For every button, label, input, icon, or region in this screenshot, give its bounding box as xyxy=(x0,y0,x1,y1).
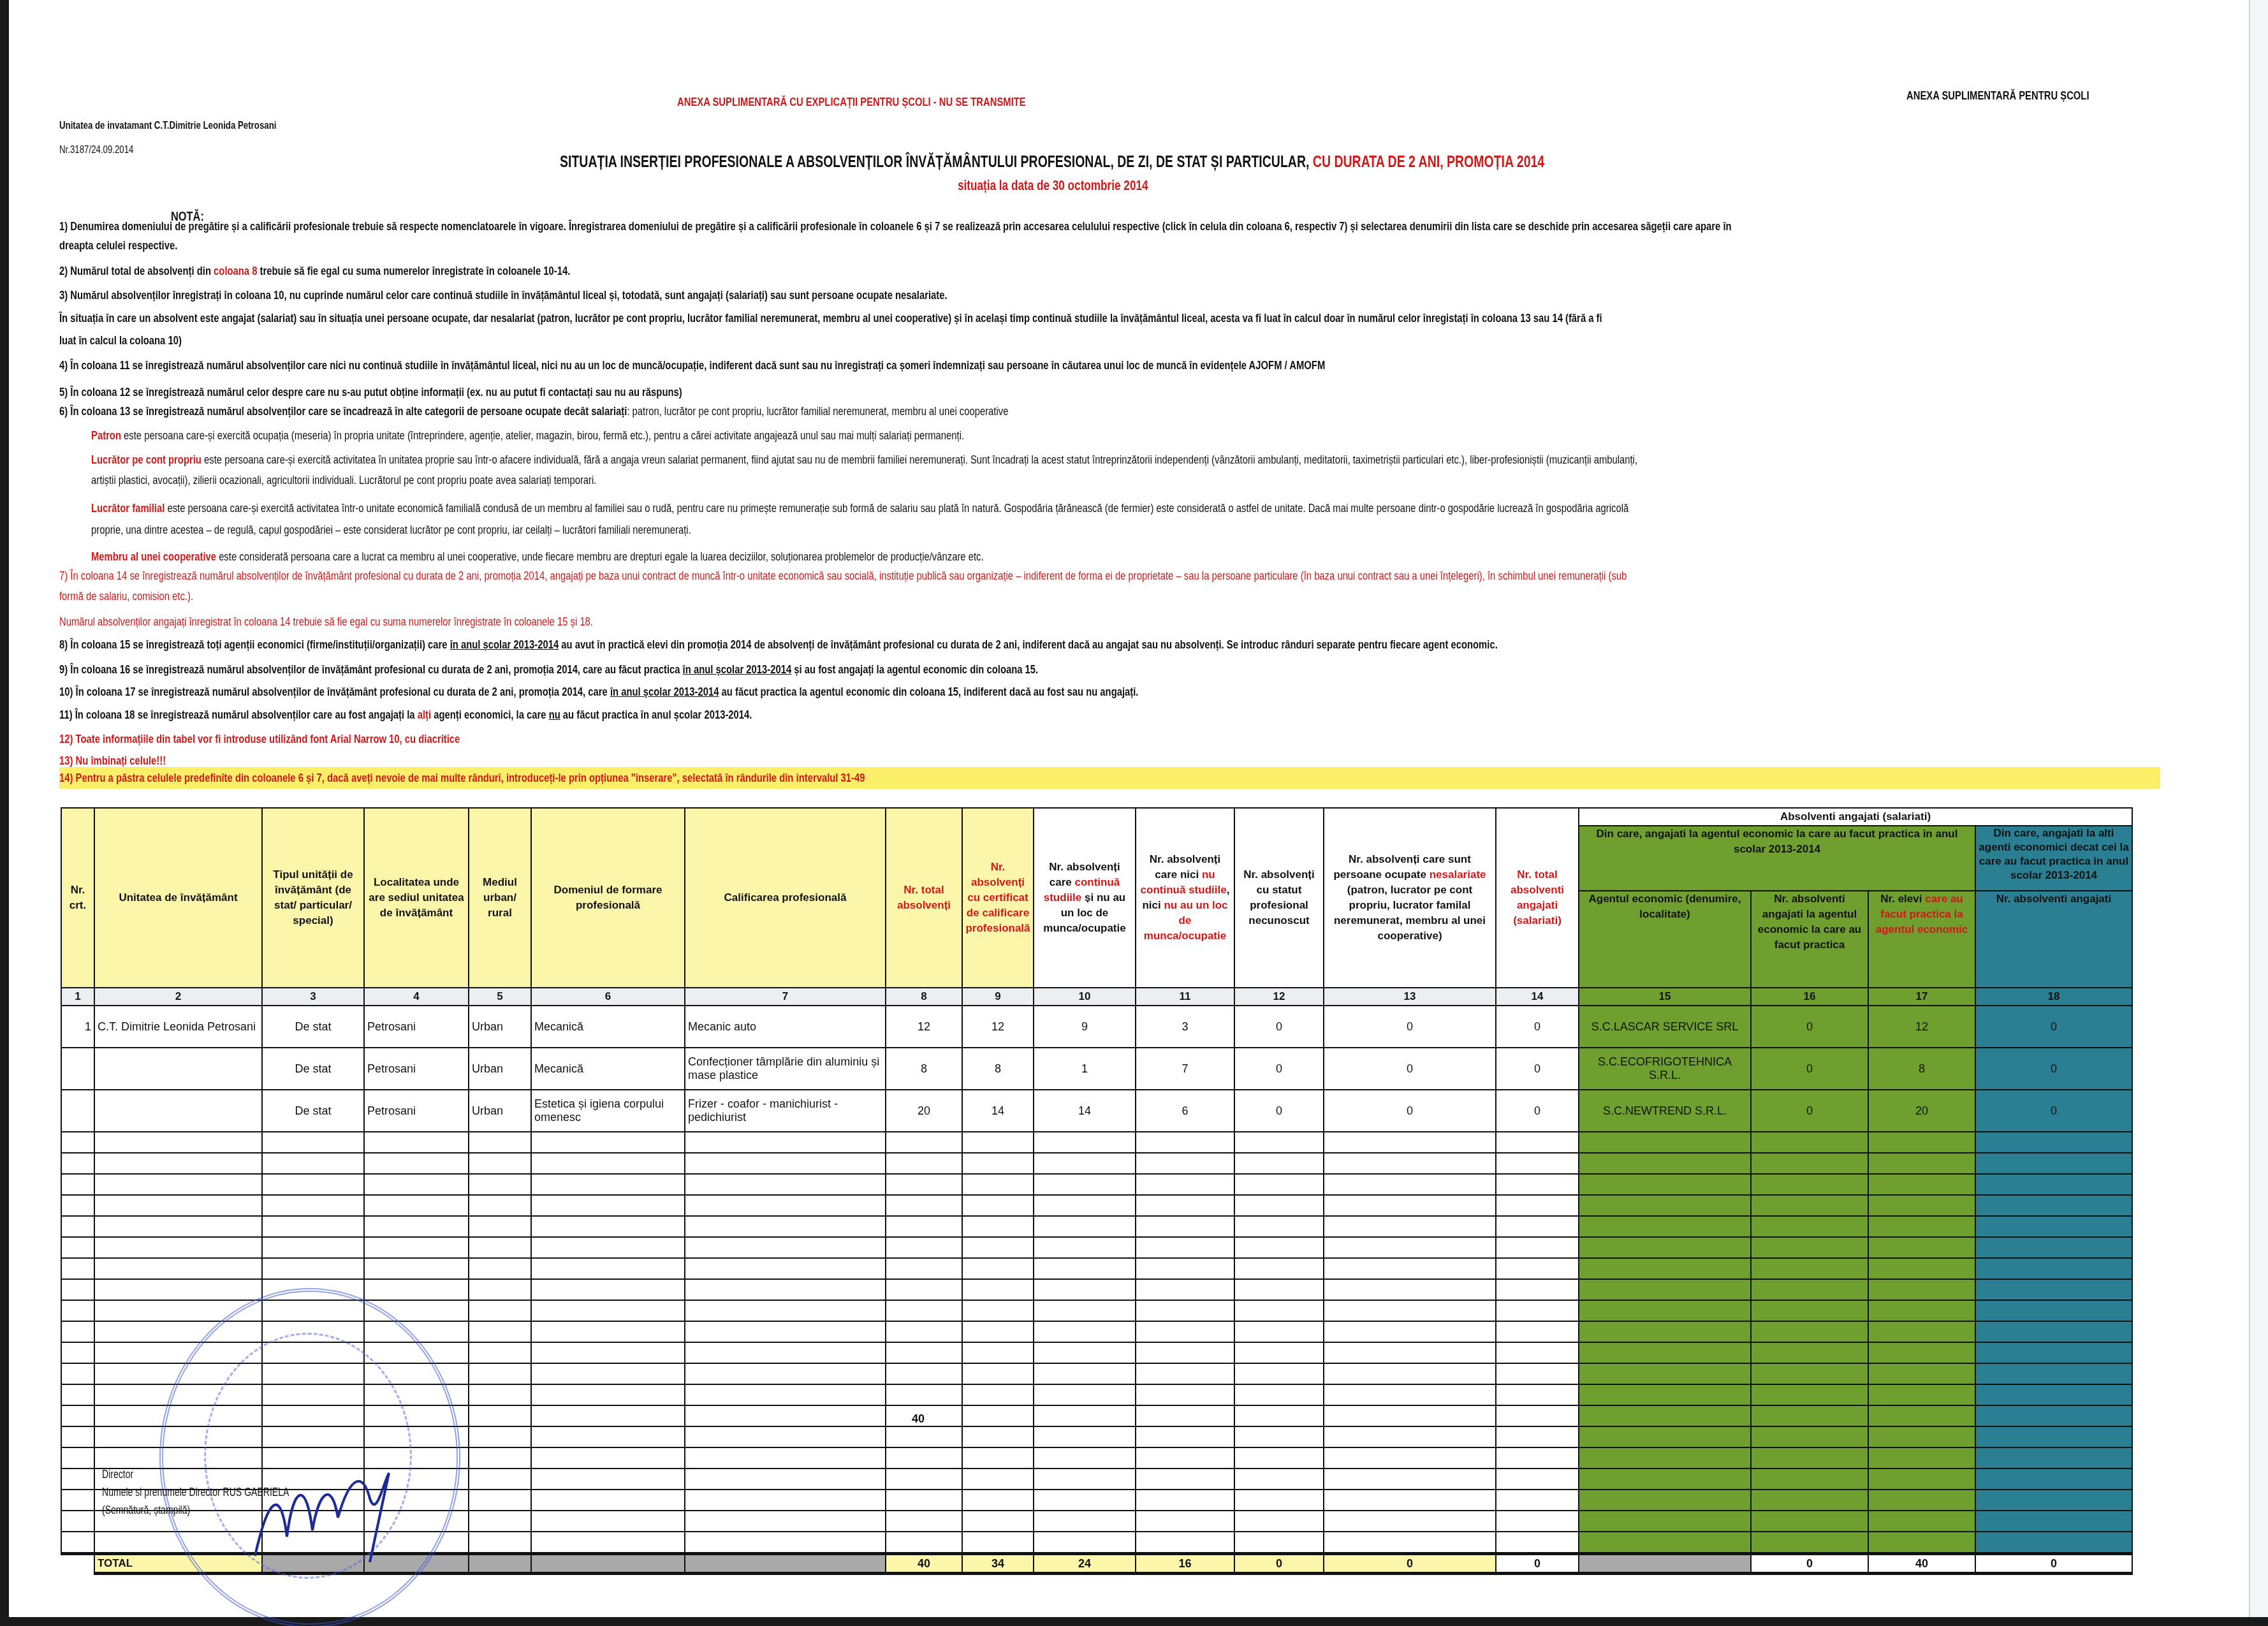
empty-cell[interactable] xyxy=(1975,1490,2132,1511)
empty-cell[interactable] xyxy=(1034,1153,1136,1174)
cell-env[interactable]: Urban xyxy=(469,1090,531,1132)
empty-cell[interactable] xyxy=(1751,1174,1868,1195)
empty-cell[interactable] xyxy=(1034,1300,1136,1321)
empty-cell[interactable] xyxy=(1234,1216,1324,1237)
empty-cell[interactable] xyxy=(1751,1511,1868,1532)
empty-cell[interactable] xyxy=(1868,1469,1975,1490)
cell-nr[interactable] xyxy=(61,1048,94,1090)
empty-cell[interactable] xyxy=(61,1426,94,1447)
empty-cell[interactable] xyxy=(1034,1405,1136,1426)
empty-cell[interactable] xyxy=(1579,1195,1751,1216)
empty-cell[interactable] xyxy=(1324,1132,1496,1153)
empty-cell[interactable] xyxy=(61,1258,94,1279)
empty-cell[interactable] xyxy=(94,1195,262,1216)
cell-c18[interactable]: 0 xyxy=(1975,1006,2132,1048)
empty-cell[interactable] xyxy=(94,1258,262,1279)
empty-cell[interactable] xyxy=(685,1363,886,1384)
empty-cell[interactable] xyxy=(1751,1216,1868,1237)
empty-cell[interactable] xyxy=(962,1174,1034,1195)
empty-cell[interactable] xyxy=(685,1342,886,1363)
empty-cell[interactable] xyxy=(469,1342,531,1363)
empty-cell[interactable] xyxy=(262,1132,364,1153)
empty-cell[interactable] xyxy=(1136,1132,1234,1153)
cell-locality[interactable]: Petrosani xyxy=(364,1090,469,1132)
empty-cell[interactable] xyxy=(1868,1342,1975,1363)
empty-cell[interactable] xyxy=(886,1447,962,1469)
empty-cell[interactable] xyxy=(1751,1469,1868,1490)
empty-cell[interactable] xyxy=(94,1174,262,1195)
empty-cell[interactable] xyxy=(469,1490,531,1511)
empty-cell[interactable] xyxy=(61,1132,94,1153)
empty-cell[interactable] xyxy=(1751,1195,1868,1216)
empty-cell[interactable] xyxy=(1579,1384,1751,1405)
cell-c11[interactable]: 7 xyxy=(1136,1048,1234,1090)
empty-cell[interactable] xyxy=(469,1132,531,1153)
empty-cell[interactable] xyxy=(531,1132,685,1153)
empty-cell[interactable] xyxy=(1579,1469,1751,1490)
empty-cell[interactable] xyxy=(1579,1490,1751,1511)
empty-cell[interactable] xyxy=(1324,1426,1496,1447)
cell-c9[interactable]: 8 xyxy=(962,1048,1034,1090)
empty-cell[interactable] xyxy=(61,1532,94,1554)
empty-cell[interactable] xyxy=(531,1300,685,1321)
cell-c17[interactable]: 8 xyxy=(1868,1048,1975,1090)
empty-cell[interactable] xyxy=(469,1174,531,1195)
empty-cell[interactable] xyxy=(1234,1300,1324,1321)
empty-cell[interactable] xyxy=(61,1405,94,1426)
empty-cell[interactable] xyxy=(1496,1426,1579,1447)
empty-cell[interactable] xyxy=(531,1321,685,1342)
empty-cell[interactable] xyxy=(1975,1511,2132,1532)
cell-c17[interactable]: 20 xyxy=(1868,1090,1975,1132)
cell-qualification[interactable]: Frizer - coafor - manichiurist - pedichi… xyxy=(685,1090,886,1132)
empty-cell[interactable] xyxy=(886,1490,962,1511)
cell-env[interactable]: Urban xyxy=(469,1048,531,1090)
empty-cell[interactable] xyxy=(1234,1279,1324,1300)
empty-cell[interactable] xyxy=(962,1447,1034,1469)
empty-cell[interactable] xyxy=(962,1532,1034,1554)
cell-c14[interactable]: 0 xyxy=(1496,1048,1579,1090)
empty-cell[interactable] xyxy=(1579,1258,1751,1279)
empty-cell[interactable] xyxy=(962,1469,1034,1490)
cell-c17[interactable]: 12 xyxy=(1868,1006,1975,1048)
empty-cell[interactable] xyxy=(262,1195,364,1216)
empty-cell[interactable] xyxy=(1234,1195,1324,1216)
empty-cell[interactable] xyxy=(1324,1490,1496,1511)
empty-cell[interactable] xyxy=(962,1258,1034,1279)
empty-cell[interactable] xyxy=(1868,1300,1975,1321)
empty-cell[interactable] xyxy=(685,1511,886,1532)
empty-cell[interactable] xyxy=(1579,1532,1751,1554)
empty-cell[interactable] xyxy=(262,1258,364,1279)
empty-cell[interactable] xyxy=(1234,1469,1324,1490)
empty-cell[interactable] xyxy=(1751,1132,1868,1153)
cell-unit[interactable] xyxy=(94,1090,262,1132)
empty-cell[interactable] xyxy=(685,1384,886,1405)
empty-cell[interactable] xyxy=(1136,1174,1234,1195)
empty-cell[interactable] xyxy=(1579,1342,1751,1363)
empty-cell[interactable] xyxy=(886,1258,962,1279)
empty-cell[interactable] xyxy=(531,1405,685,1426)
empty-cell[interactable] xyxy=(1496,1153,1579,1174)
empty-cell[interactable] xyxy=(685,1405,886,1426)
empty-cell[interactable] xyxy=(1868,1195,1975,1216)
cell-domain[interactable]: Mecanică xyxy=(531,1006,685,1048)
empty-cell[interactable] xyxy=(1496,1405,1579,1426)
cell-c11[interactable]: 6 xyxy=(1136,1090,1234,1132)
empty-cell[interactable] xyxy=(1234,1405,1324,1426)
empty-cell[interactable] xyxy=(262,1174,364,1195)
empty-cell[interactable] xyxy=(469,1447,531,1469)
cell-c8[interactable]: 8 xyxy=(886,1048,962,1090)
empty-cell[interactable] xyxy=(469,1363,531,1384)
empty-cell[interactable] xyxy=(1034,1195,1136,1216)
empty-cell[interactable] xyxy=(1034,1258,1136,1279)
empty-cell[interactable] xyxy=(886,1279,962,1300)
empty-cell[interactable] xyxy=(531,1279,685,1300)
empty-cell[interactable] xyxy=(531,1174,685,1195)
empty-cell[interactable] xyxy=(531,1532,685,1554)
empty-cell[interactable] xyxy=(962,1237,1034,1258)
empty-cell[interactable] xyxy=(1496,1279,1579,1300)
empty-cell[interactable] xyxy=(1234,1153,1324,1174)
empty-cell[interactable] xyxy=(1136,1195,1234,1216)
empty-cell[interactable] xyxy=(962,1195,1034,1216)
empty-cell[interactable] xyxy=(1868,1174,1975,1195)
empty-cell[interactable] xyxy=(1034,1511,1136,1532)
cell-c13[interactable]: 0 xyxy=(1324,1006,1496,1048)
empty-cell[interactable] xyxy=(886,1363,962,1384)
empty-cell[interactable] xyxy=(1136,1384,1234,1405)
empty-cell[interactable] xyxy=(962,1132,1034,1153)
empty-cell[interactable] xyxy=(1034,1363,1136,1384)
empty-cell[interactable] xyxy=(531,1511,685,1532)
cell-type[interactable]: De stat xyxy=(262,1006,364,1048)
empty-cell[interactable] xyxy=(1234,1174,1324,1195)
empty-cell[interactable] xyxy=(61,1153,94,1174)
empty-cell[interactable] xyxy=(1751,1384,1868,1405)
empty-cell[interactable] xyxy=(962,1405,1034,1426)
empty-cell[interactable] xyxy=(685,1174,886,1195)
empty-cell[interactable] xyxy=(1136,1490,1234,1511)
empty-cell[interactable] xyxy=(685,1279,886,1300)
cell-type[interactable]: De stat xyxy=(262,1048,364,1090)
empty-cell[interactable] xyxy=(469,1216,531,1237)
empty-cell[interactable] xyxy=(1324,1511,1496,1532)
empty-cell[interactable] xyxy=(1751,1405,1868,1426)
empty-cell[interactable] xyxy=(1234,1384,1324,1405)
empty-cell[interactable] xyxy=(685,1447,886,1469)
empty-cell[interactable] xyxy=(61,1447,94,1469)
empty-cell[interactable] xyxy=(685,1153,886,1174)
cell-agent[interactable]: S.C.NEWTREND S.R.L. xyxy=(1579,1090,1751,1132)
empty-cell[interactable] xyxy=(1496,1490,1579,1511)
empty-cell[interactable] xyxy=(1868,1490,1975,1511)
empty-cell[interactable] xyxy=(469,1405,531,1426)
empty-cell[interactable] xyxy=(1136,1405,1234,1426)
empty-cell[interactable] xyxy=(262,1153,364,1174)
empty-cell[interactable] xyxy=(61,1363,94,1384)
empty-cell[interactable] xyxy=(1868,1426,1975,1447)
empty-cell[interactable] xyxy=(962,1384,1034,1405)
empty-cell[interactable] xyxy=(1324,1237,1496,1258)
empty-cell[interactable] xyxy=(1234,1490,1324,1511)
empty-cell[interactable] xyxy=(1751,1321,1868,1342)
cell-c12[interactable]: 0 xyxy=(1234,1006,1324,1048)
empty-cell[interactable] xyxy=(1234,1426,1324,1447)
empty-cell[interactable] xyxy=(962,1216,1034,1237)
empty-cell[interactable] xyxy=(1324,1174,1496,1195)
empty-cell[interactable] xyxy=(1751,1279,1868,1300)
empty-cell[interactable] xyxy=(1975,1469,2132,1490)
empty-cell[interactable] xyxy=(469,1195,531,1216)
empty-cell[interactable] xyxy=(1034,1216,1136,1237)
empty-cell[interactable] xyxy=(1751,1363,1868,1384)
empty-cell[interactable] xyxy=(886,1132,962,1153)
cell-c16[interactable]: 0 xyxy=(1751,1090,1868,1132)
empty-cell[interactable] xyxy=(1496,1237,1579,1258)
empty-cell[interactable] xyxy=(1034,1279,1136,1300)
empty-cell[interactable] xyxy=(886,1342,962,1363)
empty-cell[interactable] xyxy=(1034,1384,1136,1405)
cell-c11[interactable]: 3 xyxy=(1136,1006,1234,1048)
empty-cell[interactable] xyxy=(531,1490,685,1511)
empty-cell[interactable] xyxy=(685,1321,886,1342)
empty-cell[interactable] xyxy=(364,1174,469,1195)
empty-cell[interactable] xyxy=(1579,1300,1751,1321)
cell-c18[interactable]: 0 xyxy=(1975,1048,2132,1090)
empty-cell[interactable] xyxy=(1868,1363,1975,1384)
empty-cell[interactable] xyxy=(886,1153,962,1174)
cell-type[interactable]: De stat xyxy=(262,1090,364,1132)
empty-cell[interactable] xyxy=(962,1279,1034,1300)
empty-cell[interactable] xyxy=(1751,1426,1868,1447)
empty-cell[interactable] xyxy=(1234,1342,1324,1363)
cell-c8[interactable]: 20 xyxy=(886,1090,962,1132)
empty-cell[interactable] xyxy=(1496,1363,1579,1384)
empty-cell[interactable] xyxy=(1234,1258,1324,1279)
empty-cell[interactable] xyxy=(364,1153,469,1174)
empty-cell[interactable] xyxy=(1868,1237,1975,1258)
empty-cell[interactable] xyxy=(1579,1511,1751,1532)
empty-cell[interactable] xyxy=(1751,1258,1868,1279)
empty-cell[interactable] xyxy=(1868,1153,1975,1174)
empty-cell[interactable] xyxy=(1868,1321,1975,1342)
empty-cell[interactable] xyxy=(1579,1321,1751,1342)
empty-cell[interactable] xyxy=(1496,1532,1579,1554)
empty-cell[interactable] xyxy=(1136,1300,1234,1321)
empty-cell[interactable] xyxy=(685,1195,886,1216)
empty-cell[interactable] xyxy=(1496,1384,1579,1405)
empty-cell[interactable] xyxy=(94,1216,262,1237)
empty-cell[interactable] xyxy=(1579,1279,1751,1300)
empty-cell[interactable] xyxy=(1868,1258,1975,1279)
empty-cell[interactable] xyxy=(1034,1237,1136,1258)
empty-cell[interactable] xyxy=(1751,1447,1868,1469)
cell-c10[interactable]: 14 xyxy=(1034,1090,1136,1132)
empty-cell[interactable] xyxy=(1496,1511,1579,1532)
empty-cell[interactable] xyxy=(531,1216,685,1237)
empty-cell[interactable] xyxy=(1975,1258,2132,1279)
empty-cell[interactable] xyxy=(94,1153,262,1174)
empty-cell[interactable] xyxy=(1868,1216,1975,1237)
empty-cell[interactable] xyxy=(469,1511,531,1532)
empty-cell[interactable] xyxy=(1975,1153,2132,1174)
empty-cell[interactable] xyxy=(469,1532,531,1554)
empty-cell[interactable] xyxy=(1136,1363,1234,1384)
empty-cell[interactable] xyxy=(1868,1279,1975,1300)
empty-cell[interactable] xyxy=(685,1258,886,1279)
empty-cell[interactable] xyxy=(962,1342,1034,1363)
empty-cell[interactable] xyxy=(61,1279,94,1300)
empty-cell[interactable] xyxy=(1496,1447,1579,1469)
empty-cell[interactable] xyxy=(886,1426,962,1447)
empty-cell[interactable] xyxy=(364,1258,469,1279)
empty-cell[interactable] xyxy=(1034,1447,1136,1469)
empty-cell[interactable] xyxy=(469,1153,531,1174)
empty-cell[interactable] xyxy=(1975,1216,2132,1237)
cell-c12[interactable]: 0 xyxy=(1234,1090,1324,1132)
empty-cell[interactable] xyxy=(886,1300,962,1321)
empty-cell[interactable] xyxy=(1234,1447,1324,1469)
empty-cell[interactable] xyxy=(1324,1363,1496,1384)
empty-cell[interactable] xyxy=(1324,1342,1496,1363)
empty-cell[interactable] xyxy=(61,1216,94,1237)
empty-cell[interactable] xyxy=(685,1490,886,1511)
empty-cell[interactable] xyxy=(1324,1469,1496,1490)
empty-cell[interactable] xyxy=(1034,1174,1136,1195)
cell-agent[interactable]: S.C.ECOFRIGOTEHNICA S.R.L. xyxy=(1579,1048,1751,1090)
cell-env[interactable]: Urban xyxy=(469,1006,531,1048)
empty-cell[interactable] xyxy=(685,1216,886,1237)
empty-cell[interactable] xyxy=(531,1469,685,1490)
empty-cell[interactable] xyxy=(1975,1342,2132,1363)
empty-cell[interactable] xyxy=(1136,1532,1234,1554)
empty-cell[interactable] xyxy=(685,1469,886,1490)
empty-cell[interactable] xyxy=(1324,1384,1496,1405)
empty-cell[interactable] xyxy=(61,1321,94,1342)
cell-c14[interactable]: 0 xyxy=(1496,1006,1579,1048)
empty-cell[interactable] xyxy=(61,1469,94,1490)
empty-cell[interactable] xyxy=(1136,1426,1234,1447)
empty-cell[interactable] xyxy=(962,1153,1034,1174)
empty-cell[interactable] xyxy=(531,1258,685,1279)
empty-cell[interactable] xyxy=(1579,1153,1751,1174)
empty-cell[interactable] xyxy=(886,1216,962,1237)
empty-cell[interactable] xyxy=(364,1132,469,1153)
cell-c9[interactable]: 12 xyxy=(962,1006,1034,1048)
cell-c8[interactable]: 12 xyxy=(886,1006,962,1048)
empty-cell[interactable] xyxy=(1234,1321,1324,1342)
empty-cell[interactable] xyxy=(1324,1258,1496,1279)
empty-cell[interactable] xyxy=(1579,1132,1751,1153)
empty-cell[interactable] xyxy=(1136,1153,1234,1174)
empty-cell[interactable] xyxy=(1751,1532,1868,1554)
empty-cell[interactable] xyxy=(1975,1447,2132,1469)
empty-cell[interactable] xyxy=(1579,1405,1751,1426)
empty-cell[interactable] xyxy=(685,1300,886,1321)
cell-c10[interactable]: 9 xyxy=(1034,1006,1136,1048)
empty-cell[interactable] xyxy=(469,1237,531,1258)
empty-cell[interactable] xyxy=(1496,1300,1579,1321)
empty-cell[interactable] xyxy=(1975,1321,2132,1342)
cell-agent[interactable]: S.C.LASCAR SERVICE SRL xyxy=(1579,1006,1751,1048)
empty-cell[interactable] xyxy=(469,1426,531,1447)
empty-cell[interactable] xyxy=(1136,1342,1234,1363)
empty-cell[interactable] xyxy=(1496,1258,1579,1279)
empty-cell[interactable] xyxy=(1034,1321,1136,1342)
empty-cell[interactable] xyxy=(1868,1511,1975,1532)
cell-nr[interactable] xyxy=(61,1090,94,1132)
empty-cell[interactable] xyxy=(469,1384,531,1405)
empty-cell[interactable] xyxy=(962,1511,1034,1532)
empty-cell[interactable] xyxy=(469,1258,531,1279)
empty-cell[interactable] xyxy=(1496,1342,1579,1363)
empty-cell[interactable] xyxy=(1234,1511,1324,1532)
empty-cell[interactable] xyxy=(1579,1174,1751,1195)
empty-cell[interactable] xyxy=(1751,1300,1868,1321)
empty-cell[interactable] xyxy=(531,1447,685,1469)
cell-locality[interactable]: Petrosani xyxy=(364,1006,469,1048)
empty-cell[interactable] xyxy=(61,1384,94,1405)
empty-cell[interactable] xyxy=(531,1195,685,1216)
empty-cell[interactable] xyxy=(364,1237,469,1258)
empty-cell[interactable] xyxy=(685,1132,886,1153)
empty-cell[interactable] xyxy=(1324,1216,1496,1237)
empty-cell[interactable] xyxy=(1034,1469,1136,1490)
empty-cell[interactable] xyxy=(1975,1384,2132,1405)
empty-cell[interactable] xyxy=(1579,1237,1751,1258)
empty-cell[interactable] xyxy=(962,1363,1034,1384)
empty-cell[interactable] xyxy=(1324,1300,1496,1321)
empty-cell[interactable] xyxy=(1579,1363,1751,1384)
empty-cell[interactable] xyxy=(1234,1532,1324,1554)
empty-cell[interactable] xyxy=(364,1195,469,1216)
empty-cell[interactable] xyxy=(1868,1532,1975,1554)
empty-cell[interactable] xyxy=(1324,1153,1496,1174)
empty-cell[interactable] xyxy=(94,1132,262,1153)
empty-cell[interactable] xyxy=(1496,1195,1579,1216)
empty-cell[interactable] xyxy=(1975,1279,2132,1300)
cell-unit[interactable] xyxy=(94,1048,262,1090)
empty-cell[interactable] xyxy=(1975,1532,2132,1554)
empty-cell[interactable] xyxy=(1034,1132,1136,1153)
empty-cell[interactable] xyxy=(1034,1426,1136,1447)
empty-cell[interactable] xyxy=(262,1216,364,1237)
cell-c16[interactable]: 0 xyxy=(1751,1006,1868,1048)
empty-cell[interactable] xyxy=(1751,1153,1868,1174)
empty-cell[interactable] xyxy=(1579,1447,1751,1469)
empty-cell[interactable] xyxy=(1868,1132,1975,1153)
empty-cell[interactable] xyxy=(1975,1237,2132,1258)
empty-cell[interactable] xyxy=(61,1237,94,1258)
empty-cell[interactable] xyxy=(1868,1405,1975,1426)
empty-cell[interactable] xyxy=(1751,1237,1868,1258)
empty-cell[interactable] xyxy=(469,1469,531,1490)
empty-cell[interactable] xyxy=(1034,1490,1136,1511)
empty-cell[interactable] xyxy=(469,1300,531,1321)
empty-cell[interactable] xyxy=(886,1195,962,1216)
cell-domain[interactable]: Estetica și igiena corpului omenesc xyxy=(531,1090,685,1132)
empty-cell[interactable] xyxy=(1324,1279,1496,1300)
empty-cell[interactable] xyxy=(1751,1490,1868,1511)
empty-cell[interactable] xyxy=(685,1426,886,1447)
cell-locality[interactable]: Petrosani xyxy=(364,1048,469,1090)
empty-cell[interactable] xyxy=(1034,1532,1136,1554)
empty-cell[interactable] xyxy=(685,1532,886,1554)
cell-c16[interactable]: 0 xyxy=(1751,1048,1868,1090)
empty-cell[interactable] xyxy=(1324,1321,1496,1342)
